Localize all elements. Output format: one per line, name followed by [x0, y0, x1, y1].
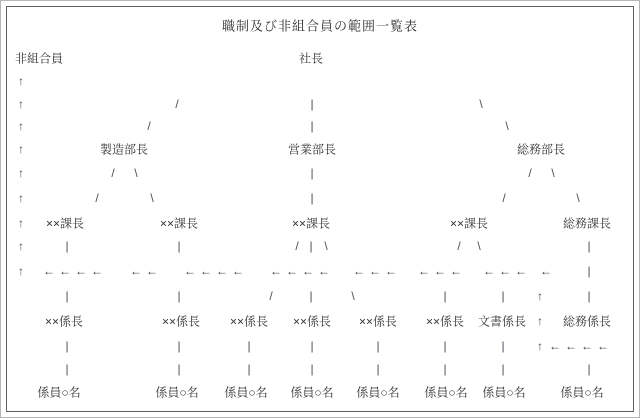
up-arrow-icon: ↑ [18, 143, 24, 155]
node-section-chief-general-affairs: 総務課長 [563, 215, 611, 232]
connector-vertical: | [376, 340, 379, 352]
connector-slash: / [295, 240, 298, 252]
connector-vertical: | [177, 363, 180, 375]
page-title: 職制及び非組合員の範囲一覧表 [222, 16, 418, 35]
up-arrow-icon: ↑ [537, 290, 543, 302]
connector-vertical: | [310, 340, 313, 352]
node-subsection-chief-2: ××係長 [162, 313, 200, 330]
connector-vertical: | [309, 290, 312, 302]
connector-slash: / [95, 192, 98, 204]
left-arrows-icon: ←←← [418, 265, 466, 277]
connector-vertical: | [587, 290, 590, 302]
connector-vertical: | [310, 192, 313, 204]
connector-vertical: | [443, 363, 446, 375]
node-staff-8: 係員○名 [560, 384, 603, 401]
connector-vertical: | [501, 290, 504, 302]
connector-vertical: | [443, 340, 446, 352]
node-subsection-chief-3: ××係長 [230, 313, 268, 330]
connector-vertical: | [65, 340, 68, 352]
left-arrows-icon: ←←← [353, 265, 401, 277]
left-arrows-icon: ←←←← [43, 265, 107, 277]
left-arrows-icon: ←←← [483, 265, 531, 277]
node-non-union-member: 非組合員 [15, 50, 63, 67]
connector-slash: / [111, 167, 114, 179]
node-dept-manufacturing: 製造部長 [100, 141, 148, 158]
connector-vertical: | [587, 363, 590, 375]
connector-vertical: | [247, 363, 250, 375]
connector-vertical: | [177, 290, 180, 302]
node-dept-general-affairs: 総務部長 [517, 141, 565, 158]
left-arrow-icon: ← [540, 265, 556, 277]
connector-vertical: | [310, 167, 313, 179]
connector-vertical: | [65, 240, 68, 252]
org-chart-canvas: 職制及び非組合員の範囲一覧表 非組合員 社長 ↑ ↑ ↑ ↑ ↑ ↑ ↑ ↑ ↑… [0, 0, 640, 418]
up-arrow-icon: ↑ [18, 75, 24, 87]
connector-vertical: | [65, 290, 68, 302]
node-staff-1: 係員○名 [37, 384, 80, 401]
connector-backslash: \ [505, 120, 508, 132]
node-staff-5: 係員○名 [356, 384, 399, 401]
connector-backslash: \ [351, 290, 354, 302]
connector-slash: / [528, 167, 531, 179]
node-subsection-chief-1: ××係長 [45, 313, 83, 330]
connector-vertical: | [247, 340, 250, 352]
node-section-chief-3: ××課長 [292, 215, 330, 232]
left-arrows-icon: ←← [130, 265, 162, 277]
node-staff-2: 係員○名 [155, 384, 198, 401]
connector-slash: / [502, 192, 505, 204]
connector-vertical: | [177, 340, 180, 352]
up-arrow-icon: ↑ [18, 192, 24, 204]
node-subsection-chief-general-affairs: 総務係長 [563, 313, 611, 330]
node-staff-4: 係員○名 [290, 384, 333, 401]
connector-slash: / [457, 240, 460, 252]
connector-vertical: | [309, 240, 312, 252]
left-arrows-icon: ←←←← [270, 265, 334, 277]
node-staff-6: 係員○名 [424, 384, 467, 401]
connector-vertical: | [501, 340, 504, 352]
left-arrows-icon: ←←←← [184, 265, 248, 277]
connector-backslash: \ [134, 167, 137, 179]
connector-vertical: | [310, 98, 313, 110]
up-arrow-icon: ↑ [18, 98, 24, 110]
up-arrow-icon: ↑ [18, 167, 24, 179]
connector-backslash: \ [576, 192, 579, 204]
connector-backslash: \ [551, 167, 554, 179]
connector-backslash: \ [477, 240, 480, 252]
connector-vertical: | [310, 363, 313, 375]
node-section-chief-1: ××課長 [46, 215, 84, 232]
connector-vertical: | [65, 363, 68, 375]
node-staff-3: 係員○名 [224, 384, 267, 401]
connector-vertical: | [376, 363, 379, 375]
node-subsection-chief-4: ××係長 [293, 313, 331, 330]
up-arrow-icon: ↑ [18, 240, 24, 252]
node-subsection-chief-5: ××係長 [359, 313, 397, 330]
up-arrow-icon: ↑ [537, 315, 543, 327]
up-arrow-icon: ↑ [18, 120, 24, 132]
connector-vertical: | [177, 240, 180, 252]
node-subsection-chief-documents: 文書係長 [478, 313, 526, 330]
up-arrow-icon: ↑ [18, 217, 24, 229]
connector-vertical: | [501, 363, 504, 375]
connector-backslash: \ [150, 192, 153, 204]
up-arrow-icon: ↑ [18, 265, 24, 277]
node-section-chief-4: ××課長 [450, 215, 488, 232]
connector-vertical: | [443, 290, 446, 302]
connector-vertical: | [587, 240, 590, 252]
connector-backslash: \ [479, 98, 482, 110]
connector-slash: / [147, 120, 150, 132]
connector-slash: / [175, 98, 178, 110]
node-dept-sales: 営業部長 [288, 141, 336, 158]
connector-vertical: | [310, 120, 313, 132]
node-section-chief-2: ××課長 [160, 215, 198, 232]
node-subsection-chief-6: ××係長 [426, 313, 464, 330]
connector-backslash: \ [324, 240, 327, 252]
node-president: 社長 [299, 50, 323, 67]
left-arrows-icon: ←←←← [549, 340, 613, 352]
node-staff-7: 係員○名 [482, 384, 525, 401]
connector-slash: / [269, 290, 272, 302]
connector-vertical: | [587, 265, 590, 277]
up-arrow-icon: ↑ [537, 340, 543, 352]
